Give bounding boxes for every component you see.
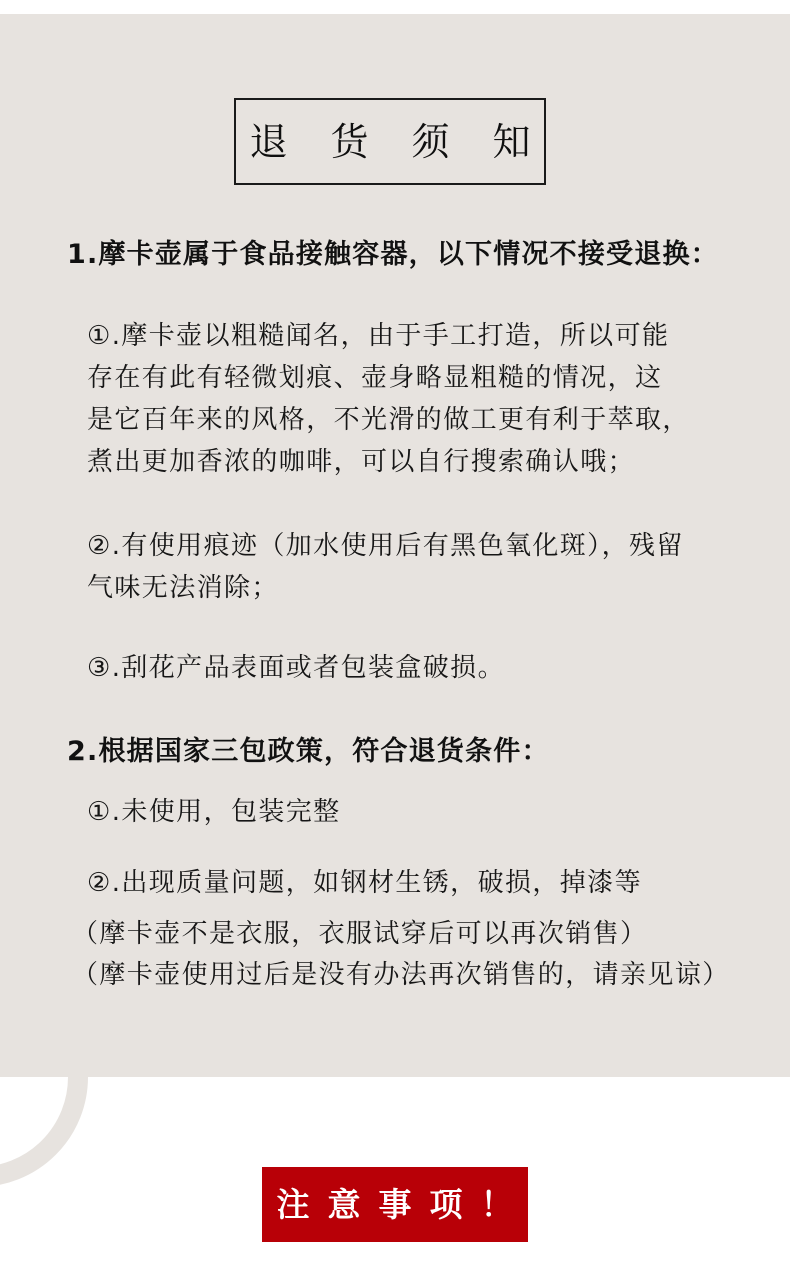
section2-heading: 2.根据国家三包政策，符合退货条件： [67, 731, 550, 773]
section1-item2-line2: 气味无法消除； [87, 567, 279, 609]
section2-note1: （摩卡壶不是衣服，衣服试穿后可以再次销售） [72, 913, 647, 955]
page-title: 退货须知 [249, 123, 573, 161]
section1-item1-line3: 是它百年来的风格，不光滑的做工更有利于萃取， [87, 399, 690, 441]
notice-banner: 注意事项！ [262, 1167, 528, 1242]
section1-item2-line1: ②.有使用痕迹（加水使用后有黑色氧化斑），残留 [87, 525, 684, 567]
section1-heading: 1.摩卡壶属于食品接触容器，以下情况不接受退换： [67, 234, 719, 276]
section1-item3-line1: ③.刮花产品表面或者包装盒破损。 [87, 647, 505, 689]
section1-item1-line4: 煮出更加香浓的咖啡，可以自行搜索确认哦； [87, 441, 635, 483]
section2-item2: ②.出现质量问题，如钢材生锈，破损，掉漆等 [87, 862, 642, 904]
section1-item1-line1: ①.摩卡壶以粗糙闻名，由于手工打造，所以可能 [87, 315, 669, 357]
section2-item1: ①.未使用，包装完整 [87, 791, 341, 833]
section1-item1-line2: 存在有此有轻微划痕、壶身略显粗糙的情况，这 [87, 357, 662, 399]
section2-note2: （摩卡壶使用过后是没有办法再次销售的，请亲见谅） [72, 954, 730, 996]
notice-label: 注意事项！ [277, 1188, 532, 1221]
title-box: 退货须知 [234, 98, 546, 185]
